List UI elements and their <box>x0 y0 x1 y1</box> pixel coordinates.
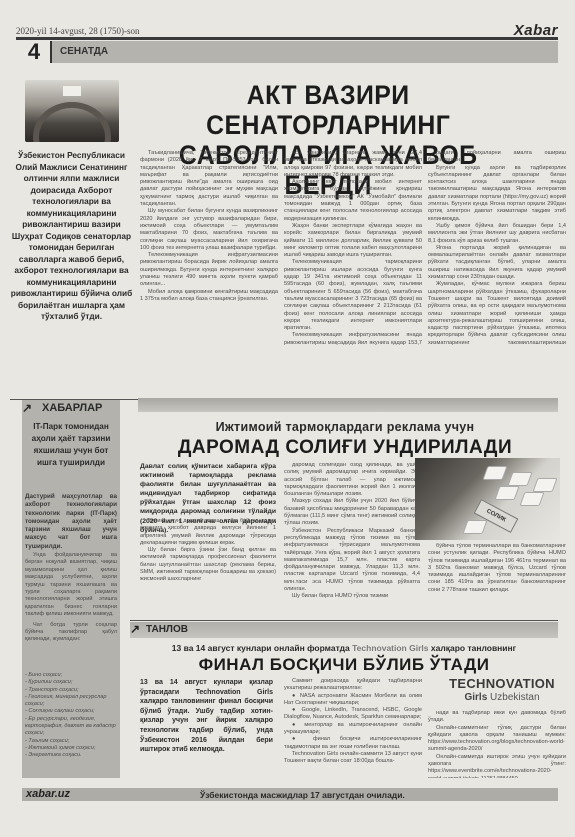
paragraph: Мазкур сохада йил бўйи учун 2020 йил бўй… <box>284 498 420 527</box>
senate-hall-photo <box>25 80 119 142</box>
article3-column-3: нади ва тадбирлар икки кун давомида бўли… <box>428 710 566 778</box>
paragraph: Таъкидланишича, Ўзбекистон Президентинин… <box>140 150 278 208</box>
news-heading: ↗ ХАБАРЛАР <box>22 401 138 415</box>
bullet-text: финал босқичи иштирокчиларининг тақдимот… <box>284 736 422 749</box>
paragraph: Technovation Girls онлайн-саммити 13 авг… <box>284 751 422 766</box>
footer-news-ticker: Ўзбекистонда масжидлар 17 августдан очил… <box>200 790 405 800</box>
list-item: - Ер ресурслари, геодезия, картография, … <box>25 716 117 738</box>
paragraph: Телекоммуникация инфратузилмасини янада … <box>284 332 422 348</box>
bullet-item: ● финал босқичи иштирокчиларининг тақдим… <box>284 736 422 751</box>
section-divider <box>130 620 558 621</box>
logo-country: Uzbekistan <box>490 692 539 703</box>
list-item: - Геология, минерал ресурслар соҳаси; <box>25 694 117 709</box>
article2-column-3: бўйича тўлов терминаллари ва банкоматлар… <box>428 543 566 615</box>
paragraph: Аҳолининг кенг полосали мобил интернет х… <box>284 179 422 223</box>
list-item: - Бино соҳаси; <box>25 672 117 679</box>
article3-lead: 13 ва 14 август кунлари қизлар ўртасидаг… <box>140 678 273 755</box>
logo-line-1: TECHNOVATION <box>443 676 561 691</box>
paragraph: Онлайн-саммитда иштирок этиш учун қуйида… <box>428 754 566 778</box>
article3-headline-line-2: ФИНАЛ БОСҚИЧИ БЎЛИБ ЎТАДИ <box>130 655 558 675</box>
news-lead: Дастурий маҳсулотлар ва ахборот технолог… <box>25 493 117 551</box>
article1-column-2: ясн ўрнатилиб, уларнинг жами сони 27,4 м… <box>284 150 422 348</box>
paragraph: ясн ўрнатилиб, уларнинг жами сони 27,4 м… <box>284 150 422 179</box>
section-title: СЕНАТДА <box>60 46 108 57</box>
headline-post: халқаро танловнинг <box>431 643 516 653</box>
bullet-text: Google, LinkedIn, Transcend, HSBC, Googl… <box>284 707 422 720</box>
issue-date: 2020-yil 14-avgust, 28 (1750)-son <box>16 26 140 36</box>
headline-line-1: АКТ ВАЗИРИ СЕНАТОРЛАРНИНГ <box>135 80 521 140</box>
paragraph: Ушбу ҳимоя бўйича йил бошидан бери 1,4 м… <box>428 223 566 245</box>
paragraph: Чат ботда турли соҳалар бўйича таклифлар… <box>25 622 117 644</box>
article2-headline-line-2: ДАРОМАД СОЛИҒИ УНДИРИЛАДИ <box>140 437 550 459</box>
list-item: - Транспорт соҳаси; <box>25 687 117 694</box>
paragraph: Ягона порталда жорий қилинадиган ва омма… <box>428 245 566 281</box>
paragraph: нади ва тадбирлар икки кун давомида бўли… <box>428 710 566 725</box>
news-list: - Бино соҳаси; - Қурилиш соҳаси; - Транс… <box>25 672 117 760</box>
article3-headline-line-1: 13 ва 14 август кунлари онлайн форматда … <box>130 643 558 653</box>
tanlov-section-bar: ↗ ТАНЛОВ <box>130 622 558 638</box>
paragraph: Шу билан бирга HUMO тўлов тизими <box>284 593 420 600</box>
keyboard-tax-photo: СОЛИК <box>415 458 560 540</box>
page-number: 4 <box>22 40 46 64</box>
article1-lead: Ўзбекистон Республикаси Олий Мажлиси Сен… <box>10 150 133 323</box>
article2-column-1: Бунинг учун доимий яшаш жойи бўйича соли… <box>140 518 276 618</box>
list-item: - Энергетика соҳаси. <box>25 752 117 759</box>
paragraph: Телекоммуникация тармоқларини ривожланти… <box>284 259 422 332</box>
article2-column-2: даромад солиғидан озод қилинади, ва ушбу… <box>284 462 420 614</box>
bullet-item: ● менторлар ва иштирокчиларнинг онлайн у… <box>284 722 422 737</box>
paragraph: Мобил алоқа қамровини кенгайтириш мақсад… <box>140 289 278 304</box>
paragraph: даромад солиғидан озод қилинади, ва ушбу… <box>284 462 420 498</box>
paragraph: Шу муносабат билан бугунги кунда вазирли… <box>140 208 278 252</box>
masthead-divider <box>16 37 558 40</box>
arrow-icon: ↗ <box>130 622 140 636</box>
section-band <box>138 398 558 412</box>
paragraph: бўйича тўлов терминаллари ва банкоматлар… <box>428 543 566 594</box>
technovation-logo: TECHNOVATION Girls Uzbekistan <box>443 676 561 703</box>
paragraph: Бунинг учун доимий яшаш жойи бўйича соли… <box>140 518 276 547</box>
footer-brand[interactable]: xabar.uz <box>26 788 70 800</box>
article1-column-1: Таъкидланишича, Ўзбекистон Президентинин… <box>140 150 278 348</box>
headline-pre: 13 ва 14 август кунлари онлайн форматда <box>172 643 350 653</box>
headline-brand: Technovation Girls <box>352 643 428 653</box>
article1-column-3: ридаги лойиҳаларни амалга ошириш белгила… <box>428 150 566 348</box>
paragraph: Унда фойдаланувчилар ва берган ноқулай в… <box>25 552 117 619</box>
article3-column-2: Саммит доирасида қуйидаги тадбирларни ую… <box>284 678 422 778</box>
list-item: - Ижтимоий ҳимоя соҳаси; <box>25 745 117 752</box>
paragraph: Саммит доирасида қуйидаги тадбирларни ую… <box>284 678 422 693</box>
paragraph: Жаҳон банки экспертлари кўмагида жаҳон в… <box>284 223 422 259</box>
bullet-item: ● Google, LinkedIn, Transcend, HSBC, Goo… <box>284 707 422 722</box>
paragraph: Жумладан, кўчмас мулкни ижарага бериш ша… <box>428 281 566 348</box>
bullet-item: ● NASA астронавти Жасмин Моғбели ва олим… <box>284 693 422 708</box>
section-bar: СЕНАТДА <box>50 41 558 63</box>
paragraph: Бугунги кунда аҳоли ва тадбиркорлик субъ… <box>428 165 566 223</box>
list-item: - Таълим соҳаси; <box>25 738 117 745</box>
paragraph: Ўзбекистон Республикаси Марказий банкига… <box>284 528 420 594</box>
paragraph: ридаги лойиҳаларни амалга ошириш белгила… <box>428 150 566 165</box>
paragraph: Онлайн-саммитнинг тўлиқ дастури билан қу… <box>428 725 566 754</box>
bullet-text: NASA астронавти Жасмин Моғбели ва олим Н… <box>284 693 422 706</box>
logo-line-2: Girls Uzbekistan <box>443 692 561 703</box>
news-body: Унда фойдаланувчилар ва берган ноқулай в… <box>25 552 117 644</box>
tanlov-section-label: ТАНЛОВ <box>146 624 188 635</box>
news-heading-label: ХАБАРЛАР <box>42 402 102 414</box>
paragraph: Телекоммуникация инфратузилмасини ривожл… <box>140 252 278 288</box>
news-title: IT-Парк томонидан аҳоли ҳаёт тарзини яхш… <box>27 420 114 468</box>
article2-headline-line-1: Ижтимоий тармоқлардаги реклама учун <box>140 420 550 434</box>
list-item: - Қурилиш соҳаси; <box>25 679 117 686</box>
paragraph: Шу билан бирга ўзини ўзи банд қилган ва … <box>140 547 276 583</box>
logo-girls: Girls <box>464 692 487 703</box>
arrow-icon: ↗ <box>22 401 32 415</box>
list-item: - Соғлиқни сақлаш соҳаси; <box>25 708 117 715</box>
bullet-text: менторлар ва иштирокчиларнинг онлайн учр… <box>284 722 422 735</box>
